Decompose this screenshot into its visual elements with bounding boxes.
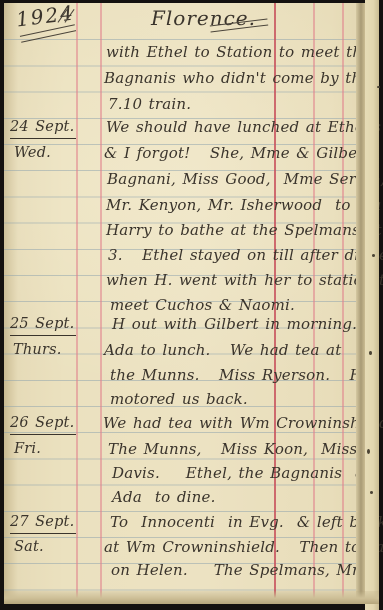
entry-line: We had tea with Wm Crowninshield.	[103, 413, 383, 433]
entry-date: 26 Sept.	[10, 413, 76, 435]
entry-day: Fri.	[14, 439, 41, 459]
adjacent-page-edge	[365, 0, 379, 610]
entry-line: Harry to bathe at the Spelmans at	[106, 220, 382, 240]
entry-line: 7.10 train.	[108, 94, 191, 114]
page-bottom-edge	[4, 591, 379, 604]
entry-line: at Wm Crowninshield. Then to call	[104, 537, 383, 557]
entry-day: Thurs.	[13, 340, 62, 360]
entry-line: 3. Ethel stayed on till after dinner	[108, 245, 383, 265]
ink-speck	[369, 351, 372, 355]
ink-speck	[377, 86, 380, 88]
entry-line: We should have lunched at Ethel's	[106, 117, 381, 137]
entry-day: Sat.	[14, 537, 44, 557]
entry-line: with Ethel to Station to meet the	[106, 42, 371, 62]
entry-date: 24 Sept.	[10, 117, 76, 139]
entry-line: Ada to lunch. We had tea at	[104, 340, 341, 360]
entry-line: Bagnani, Miss Good, Mme Sergio,	[107, 169, 383, 189]
entry-line: Mr. Kenyon, Mr. Isherwood to tea.	[106, 195, 383, 215]
ink-speck	[372, 254, 375, 257]
page-crease	[356, 3, 365, 603]
entry-line: Davis. Ethel, the Bagnanis &	[112, 463, 369, 483]
entry-line: when H. went with her to station to	[106, 270, 383, 290]
entry-line: on Helen. The Spelmans, Mr.	[111, 560, 363, 580]
margin-rule-left-2	[100, 3, 102, 603]
ink-speck	[370, 491, 373, 494]
entry-line: Ada to dine.	[112, 487, 216, 507]
entry-line: To Innocenti in Evg. & left books	[110, 512, 383, 532]
entry-line: the Munns. Miss Ryerson. He	[110, 365, 372, 385]
entry-date: 25 Sept.	[10, 314, 76, 336]
diary-page-scan: 1924 Florence. with Ethel to Station to …	[0, 0, 383, 610]
entry-line: H out with Gilbert in morning.	[112, 314, 357, 334]
entry-line: The Munns, Miss Koon, Miss	[108, 439, 357, 459]
entry-line: motored us back.	[110, 389, 248, 409]
entry-line: & I forgot! She, Mme & Gilbert	[104, 143, 371, 163]
entry-day: Wed.	[14, 143, 51, 163]
entry-line: meet Cuchos & Naomi.	[110, 295, 295, 315]
entry-date: 27 Sept.	[10, 512, 76, 534]
ink-speck	[367, 449, 370, 454]
entry-line: Bagnanis who didn't come by the	[104, 68, 370, 88]
